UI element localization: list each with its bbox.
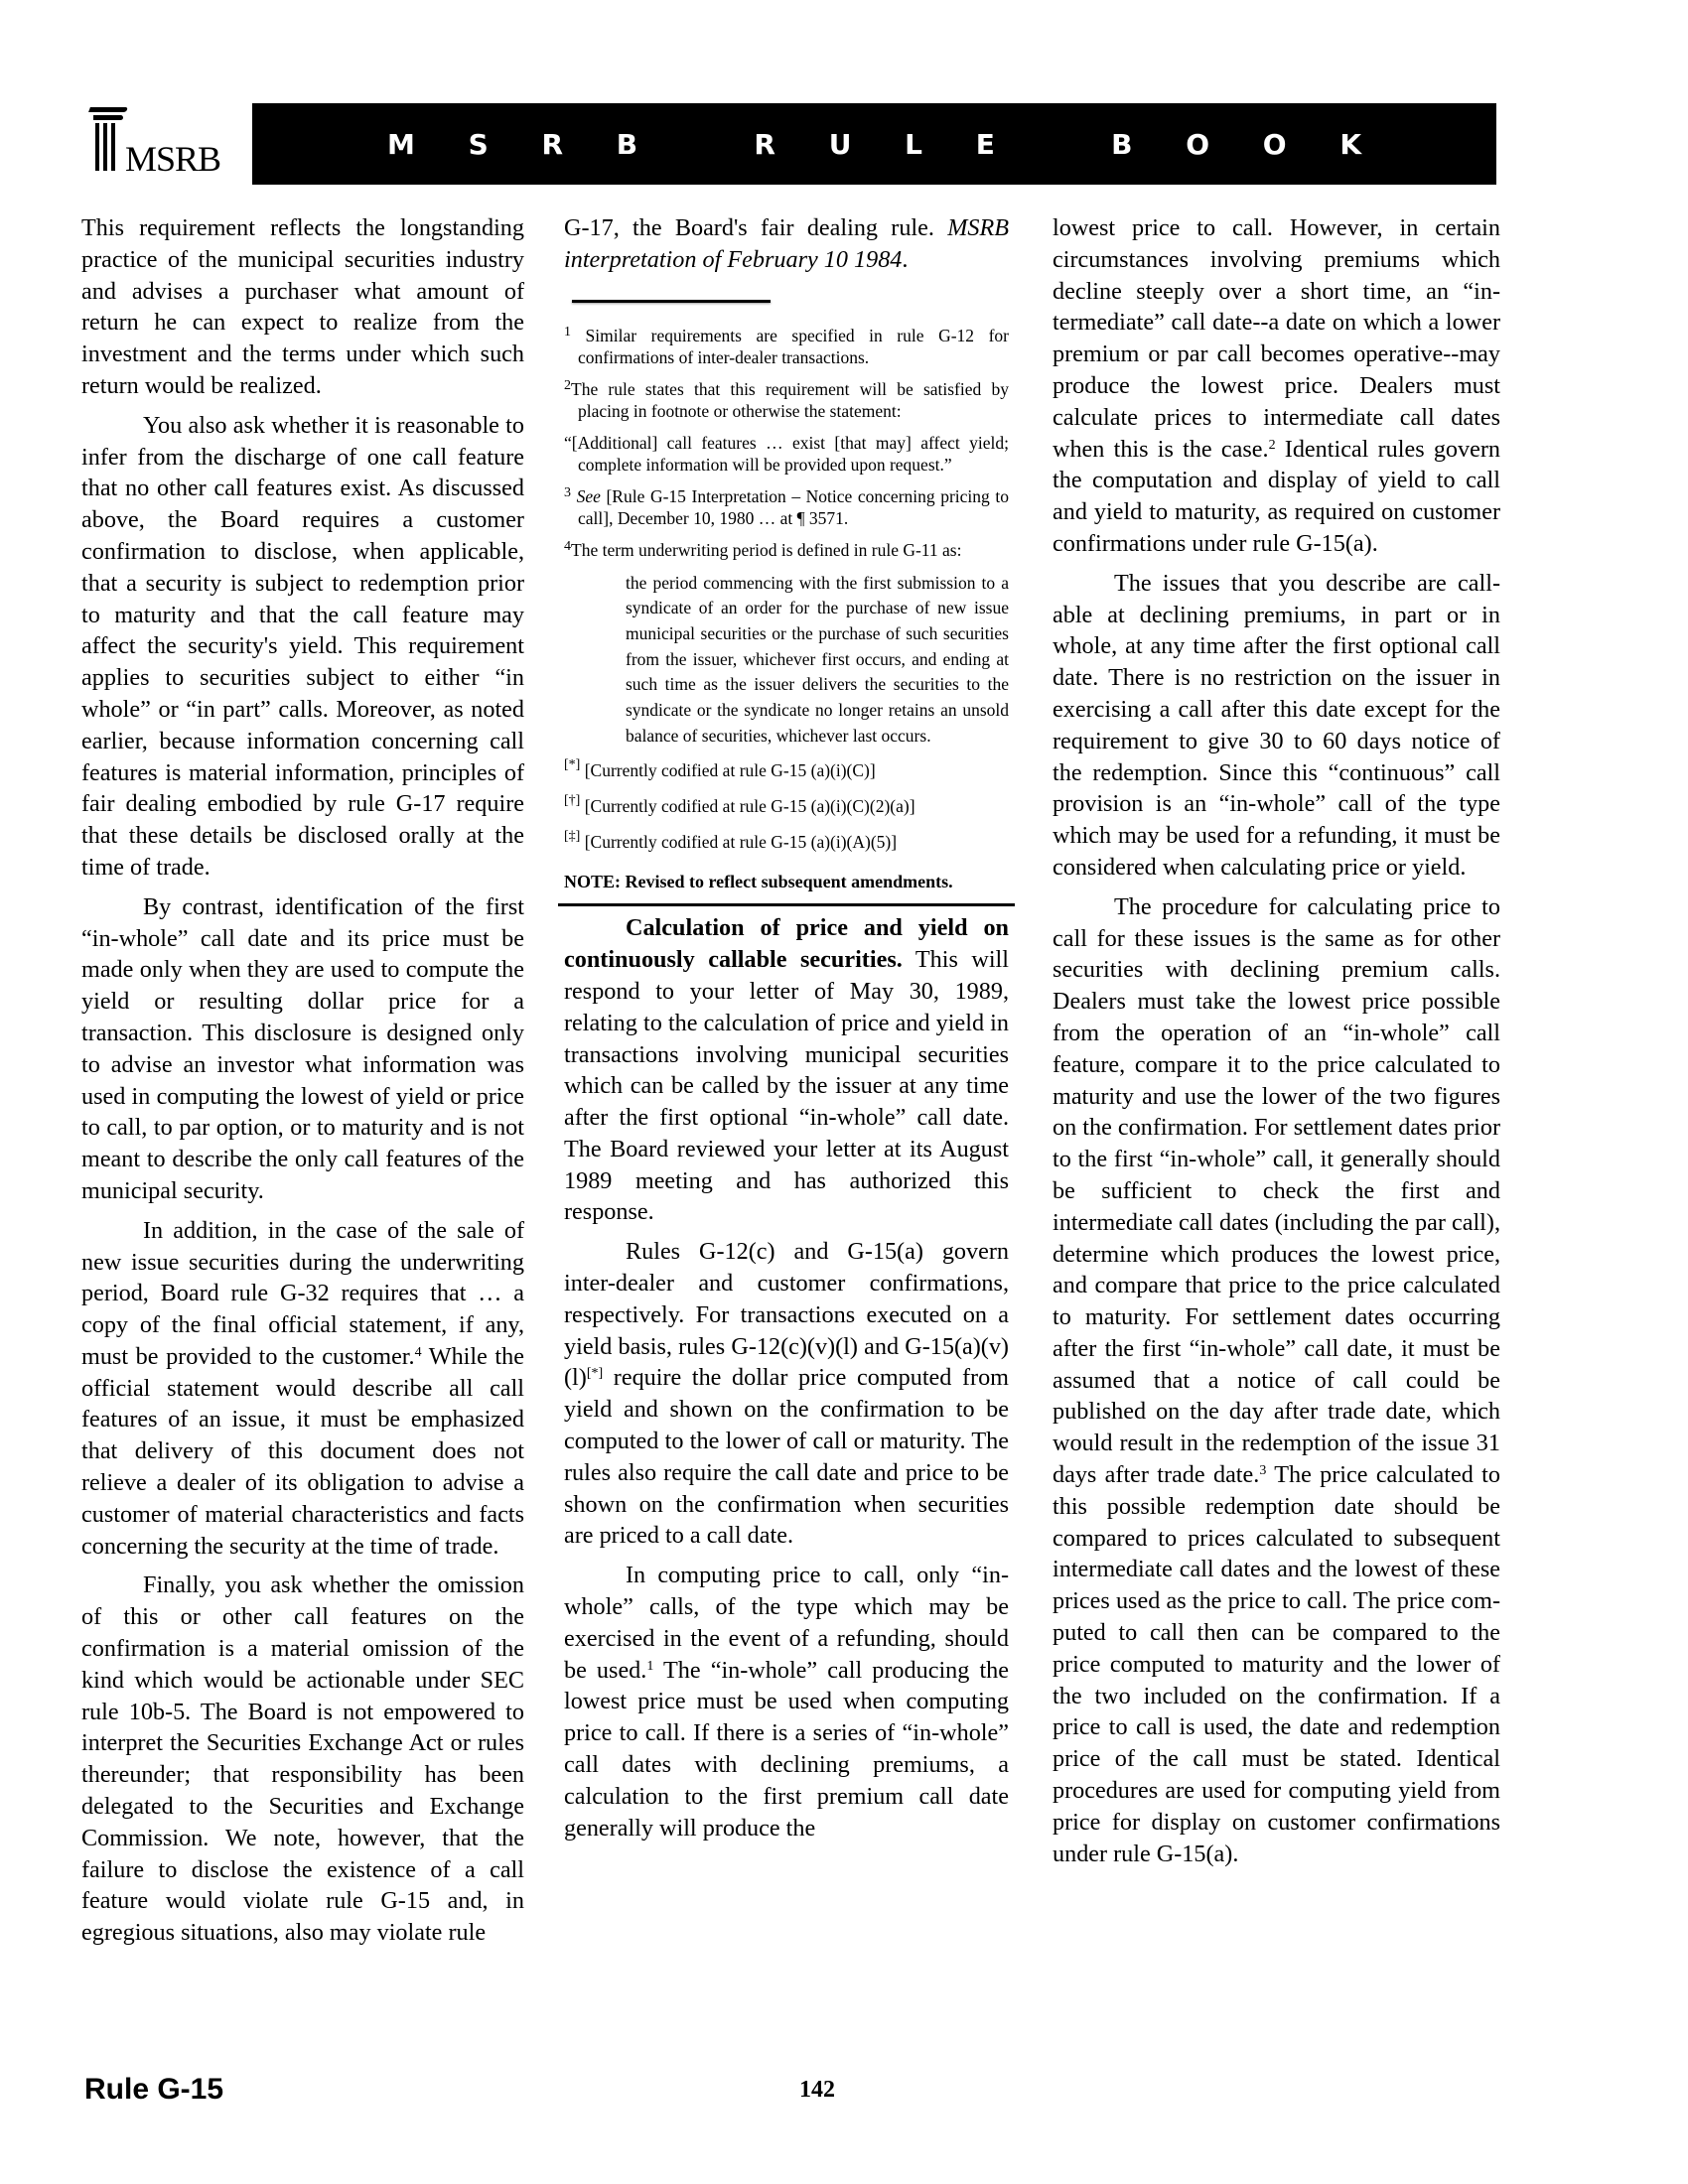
paragraph: G-17, the Board's fair dealing rule. MSR… [564,212,1009,276]
paragraph: lowest price to call. However, in certai… [1053,212,1500,560]
revision-note: NOTE: Revised to reflect subsequent amen… [564,867,1009,898]
footnote-2-quote: “[Additional] call features … exist [tha… [564,432,1009,476]
footnote-ref[interactable]: [*] [587,1366,603,1381]
middle-column: G-17, the Board's fair dealing rule. MSR… [564,212,1009,1851]
paragraph: Calculation of price and yield on contin… [564,912,1009,1228]
codified-note: [*] [Currently codified at rule G-15 (a)… [564,759,1009,781]
paragraph: In computing price to call, only “in-who… [564,1560,1009,1843]
codified-note: [†] [Currently codified at rule G-15 (a)… [564,795,1009,817]
paragraph: In addition, in the case of the sale of … [81,1215,524,1563]
paragraph: The procedure for calculating price to c… [1053,891,1500,1870]
footer-rule-label: Rule G-15 [84,2073,223,2107]
msrb-logo: MSRB [83,103,242,183]
footnote-3: 3 See [Rule G-15 Interpretation – Notice… [564,485,1009,529]
header-banner: M S R B R U L E B O O K [252,103,1496,185]
page-number: 142 [799,2077,835,2104]
paragraph: The issues that you describe are call­ab… [1053,568,1500,884]
footnote-2: 2The rule states that this requirement w… [564,378,1009,422]
paragraph: You also ask whether it is reasonable to… [81,410,524,884]
right-column: lowest price to call. However, in certai… [1053,212,1500,1877]
column-pillar-icon [111,123,115,171]
footnote-ref[interactable]: 2 [1269,438,1276,453]
footnote-ref[interactable]: 4 [415,1345,422,1360]
section-divider [558,903,1015,906]
paragraph: Finally, you ask whether the omis­sion o… [81,1570,524,1949]
column-pillar-icon [103,123,107,171]
column-capital-icon [88,107,128,112]
column-capital-icon [93,115,123,120]
banner-title: M S R B R U L E B O O K [365,128,1383,161]
left-column: This requirement reflects the longstandi… [81,212,524,1957]
logo-text: MSRB [125,141,220,177]
paragraph: This requirement reflects the longstandi… [81,212,524,402]
footnote-1: 1 Similar requirements are specified in … [564,325,1009,368]
footnote-4: 4The term underwriting period is defined… [564,539,1009,561]
paragraph: By contrast, identification of the first… [81,891,524,1207]
paragraph: Rules G-12(c) and G-15(a) govern inter-d… [564,1236,1009,1552]
column-pillar-icon [95,123,99,171]
footnote-4-definition: the period commencing with the first sub… [626,571,1009,750]
codified-note: [‡] [Currently codified at rule G-15 (a)… [564,831,1009,853]
footnote-separator [572,300,771,303]
